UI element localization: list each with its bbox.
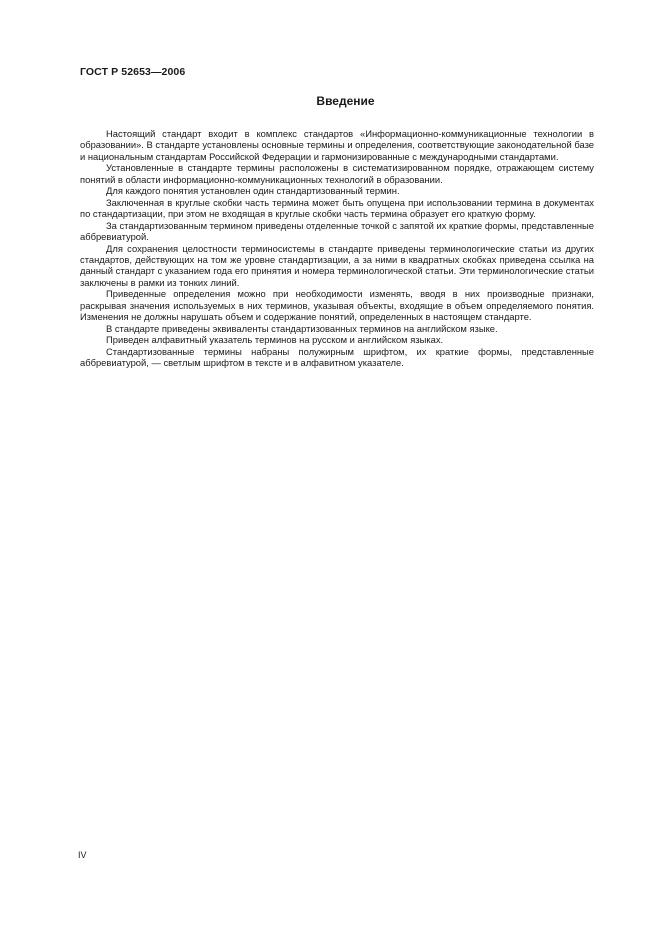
section-title-text: Введение — [316, 94, 374, 108]
section-title: Введение — [0, 94, 661, 108]
paragraph: Установленные в стандарте термины распол… — [80, 162, 594, 185]
paragraph: Стандартизованные термины набраны полужи… — [80, 346, 594, 369]
paragraph: За стандартизованным термином приведены … — [80, 220, 594, 243]
paragraph: В стандарте приведены эквиваленты станда… — [80, 323, 594, 334]
paragraph: Приведенные определения можно при необхо… — [80, 288, 594, 322]
paragraph: Настоящий стандарт входит в комплекс ста… — [80, 128, 594, 162]
page-number: IV — [78, 850, 87, 860]
paragraph: Для каждого понятия установлен один стан… — [80, 185, 594, 196]
paragraph: Приведен алфавитный указатель терминов н… — [80, 334, 594, 345]
body-text: Настоящий стандарт входит в комплекс ста… — [80, 128, 594, 369]
paragraph: Для сохранения целостности терминосистем… — [80, 243, 594, 289]
document-header: ГОСТ Р 52653—2006 — [80, 66, 185, 78]
paragraph: Заключенная в круглые скобки часть терми… — [80, 197, 594, 220]
